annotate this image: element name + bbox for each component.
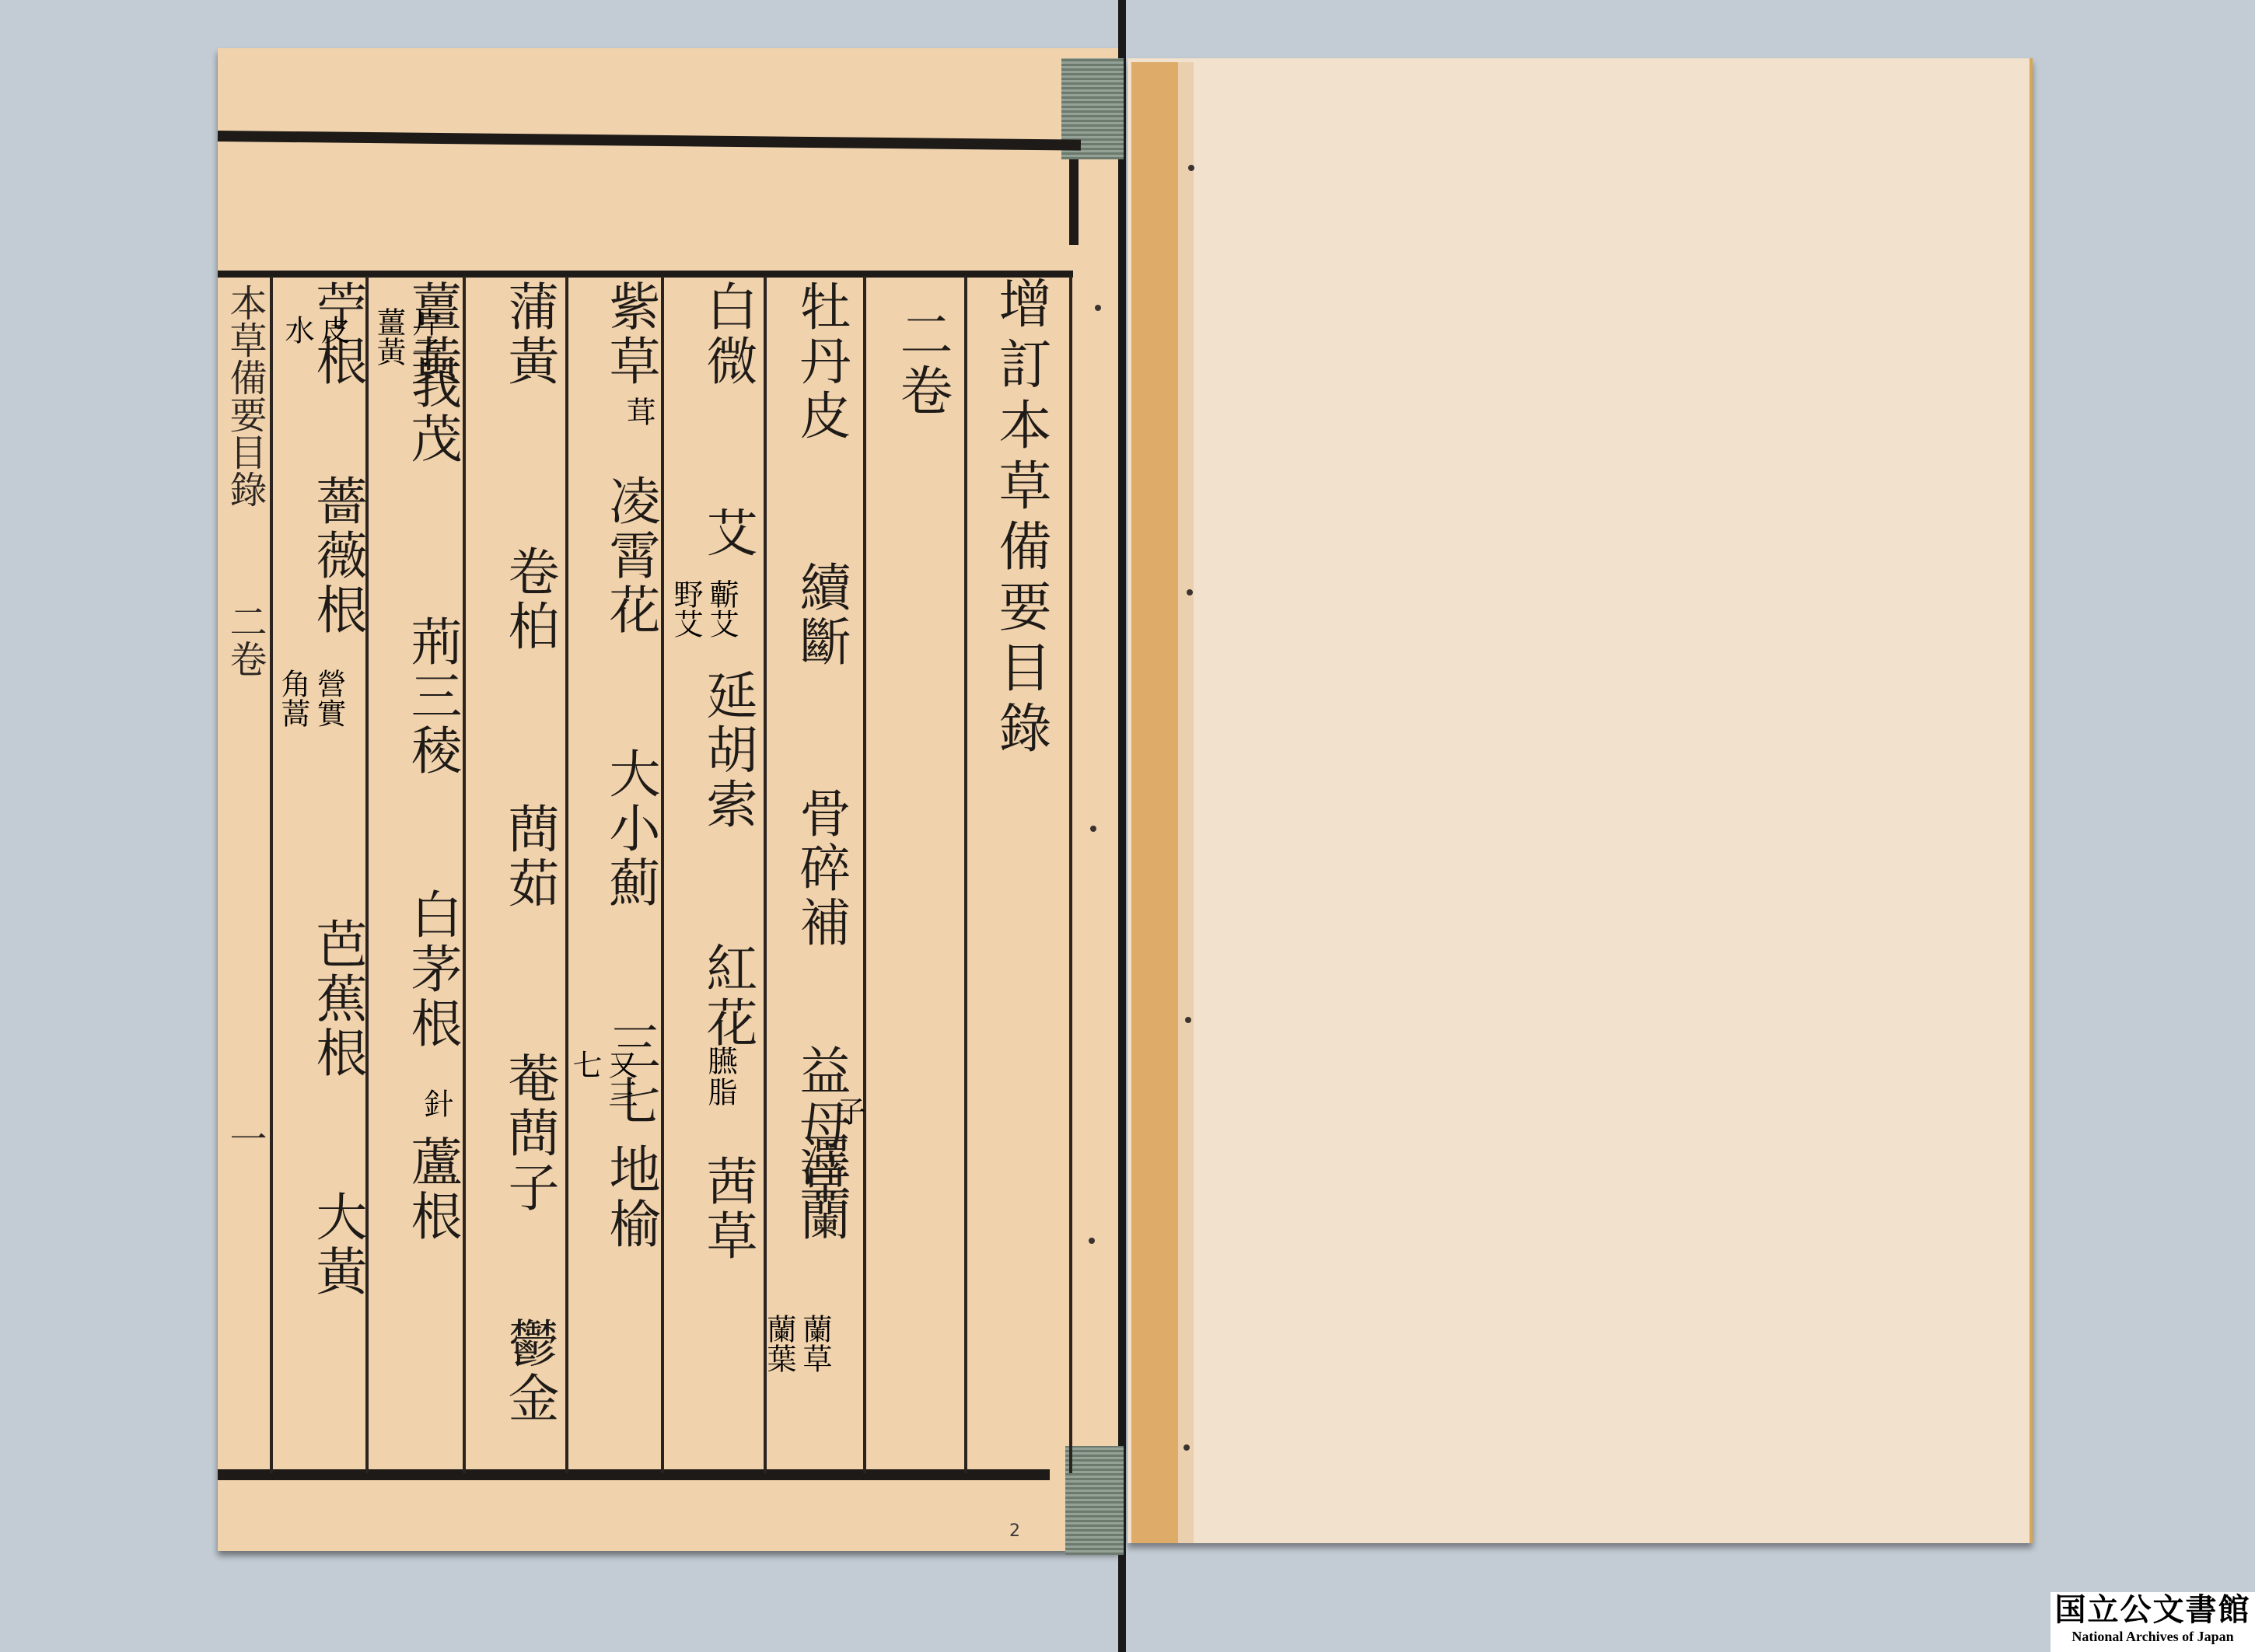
- toc-note-left: 七: [568, 1050, 602, 1109]
- toc-note-pair: 皮 水: [280, 315, 350, 344]
- margin-title: 本草備要目錄: [223, 284, 267, 508]
- toc-entry: 白茅根: [389, 888, 474, 1051]
- toc-entry: 艾: [684, 506, 770, 561]
- toc-title: 增訂本草備要目錄: [981, 276, 1059, 761]
- column-rule: [964, 276, 967, 1473]
- binding-yellow-strip: [1131, 62, 1178, 1543]
- toc-note-right: 皮: [316, 315, 350, 344]
- toc-note-left: 蘭葉: [762, 1314, 796, 1373]
- toc-note: 茸: [622, 396, 655, 428]
- toc-note-pair: 蘄艾 野艾: [669, 579, 739, 638]
- toc-note-right: 營實: [312, 669, 346, 728]
- toc-column-6b: 芭蕉根 大黃: [294, 917, 379, 1299]
- toc-entry: 蒲黃: [486, 280, 572, 389]
- stitch-hole: [1095, 305, 1101, 311]
- toc-entry: 紅花: [684, 941, 770, 1050]
- toc-note-left: 野艾: [669, 579, 703, 638]
- toc-note-pair: 又三 七: [568, 1050, 638, 1109]
- archive-name-en: National Archives of Japan: [2050, 1628, 2255, 1645]
- toc-note-left: 水: [280, 315, 314, 344]
- stitch-hole: [1089, 1238, 1095, 1244]
- toc-entry: 蘆根: [389, 1135, 474, 1244]
- handwritten-page-number: 2: [1009, 1521, 1020, 1541]
- toc-column-2b: 延胡索 紅花: [684, 669, 770, 1050]
- toc-column-4: 蒲黃 卷柏 蔄茹 菴蔄子 鬱金: [486, 280, 572, 1426]
- toc-note-right: 又三: [603, 1050, 638, 1109]
- right-page-blank: [1127, 58, 2033, 1543]
- toc-note: 子: [832, 1096, 865, 1127]
- toc-entry: 鬱金: [486, 1317, 572, 1426]
- toc-note: 臙脂: [704, 1046, 736, 1108]
- column-rule: [270, 276, 273, 1473]
- toc-entry: 卷柏: [486, 545, 572, 654]
- binding-inner-strip: [1178, 62, 1194, 1543]
- toc-note: 針: [420, 1088, 453, 1119]
- toc-entry: 延胡索: [684, 669, 770, 832]
- archive-watermark: 国立公文書館 National Archives of Japan: [2050, 1592, 2255, 1652]
- stitch-hole: [1187, 589, 1193, 595]
- book-spine-gutter: [1118, 0, 1126, 1652]
- binding-cloth-corner-bottom: [1065, 1446, 1124, 1555]
- stitch-hole: [1090, 826, 1096, 832]
- margin-page-number: 一: [222, 1119, 268, 1157]
- frame-rule-fishtail: [1069, 159, 1079, 245]
- toc-entry: 紫草: [587, 280, 673, 389]
- toc-entry: 薔薇根: [294, 474, 379, 637]
- toc-entry: 芭蕉根: [294, 917, 379, 1081]
- toc-entry: 莪茂: [389, 358, 474, 466]
- toc-column-5: 莪茂 荊三稜 白茅根: [389, 358, 474, 1051]
- toc-entry: 大黃: [294, 1190, 379, 1299]
- toc-entry: 蔄茹: [486, 802, 572, 911]
- volume-heading: 二卷: [883, 307, 960, 419]
- toc-entry: 茜草: [684, 1154, 770, 1263]
- toc-entry: 荊三稜: [389, 615, 474, 778]
- toc-entry: 凌霄花: [587, 474, 673, 637]
- toc-column-1: 牡丹皮 續斷 骨碎補 益母草: [778, 280, 863, 1207]
- toc-entry: 骨碎補: [778, 787, 863, 950]
- toc-note-right: 蘄艾: [704, 579, 739, 638]
- toc-column-3: 凌霄花 大小薊 三七: [587, 474, 673, 1129]
- toc-entry: 地榆: [587, 1143, 673, 1252]
- toc-column-2: 白微 艾: [684, 280, 770, 561]
- stitch-hole: [1183, 1444, 1190, 1451]
- stitch-hole: [1185, 1017, 1191, 1023]
- toc-note-right: 蘭草: [798, 1314, 832, 1373]
- margin-volume: 二卷: [222, 602, 268, 677]
- toc-entry: 白微: [684, 280, 770, 389]
- frame-rule-top-inner: [218, 271, 1073, 278]
- toc-entry: 澤蘭: [778, 1135, 863, 1244]
- toc-entry: 牡丹皮: [778, 280, 863, 443]
- frame-rule-bottom: [218, 1469, 1050, 1480]
- toc-note-left: 角蒿: [276, 669, 310, 728]
- toc-entry: 續斷: [778, 561, 863, 669]
- margin-column: 本草備要目錄: [222, 284, 268, 508]
- toc-note-pair: 蘭草 蘭葉: [762, 1314, 832, 1373]
- column-rule: [863, 276, 866, 1473]
- toc-entry: 菴蔄子: [486, 1052, 572, 1215]
- toc-entry: 大小薊: [587, 747, 673, 910]
- stitch-hole: [1188, 165, 1194, 171]
- column-rule: [1069, 276, 1072, 1473]
- toc-note-pair: 營實 角蒿: [276, 669, 346, 728]
- archive-name-jp: 国立公文書館: [2050, 1592, 2255, 1628]
